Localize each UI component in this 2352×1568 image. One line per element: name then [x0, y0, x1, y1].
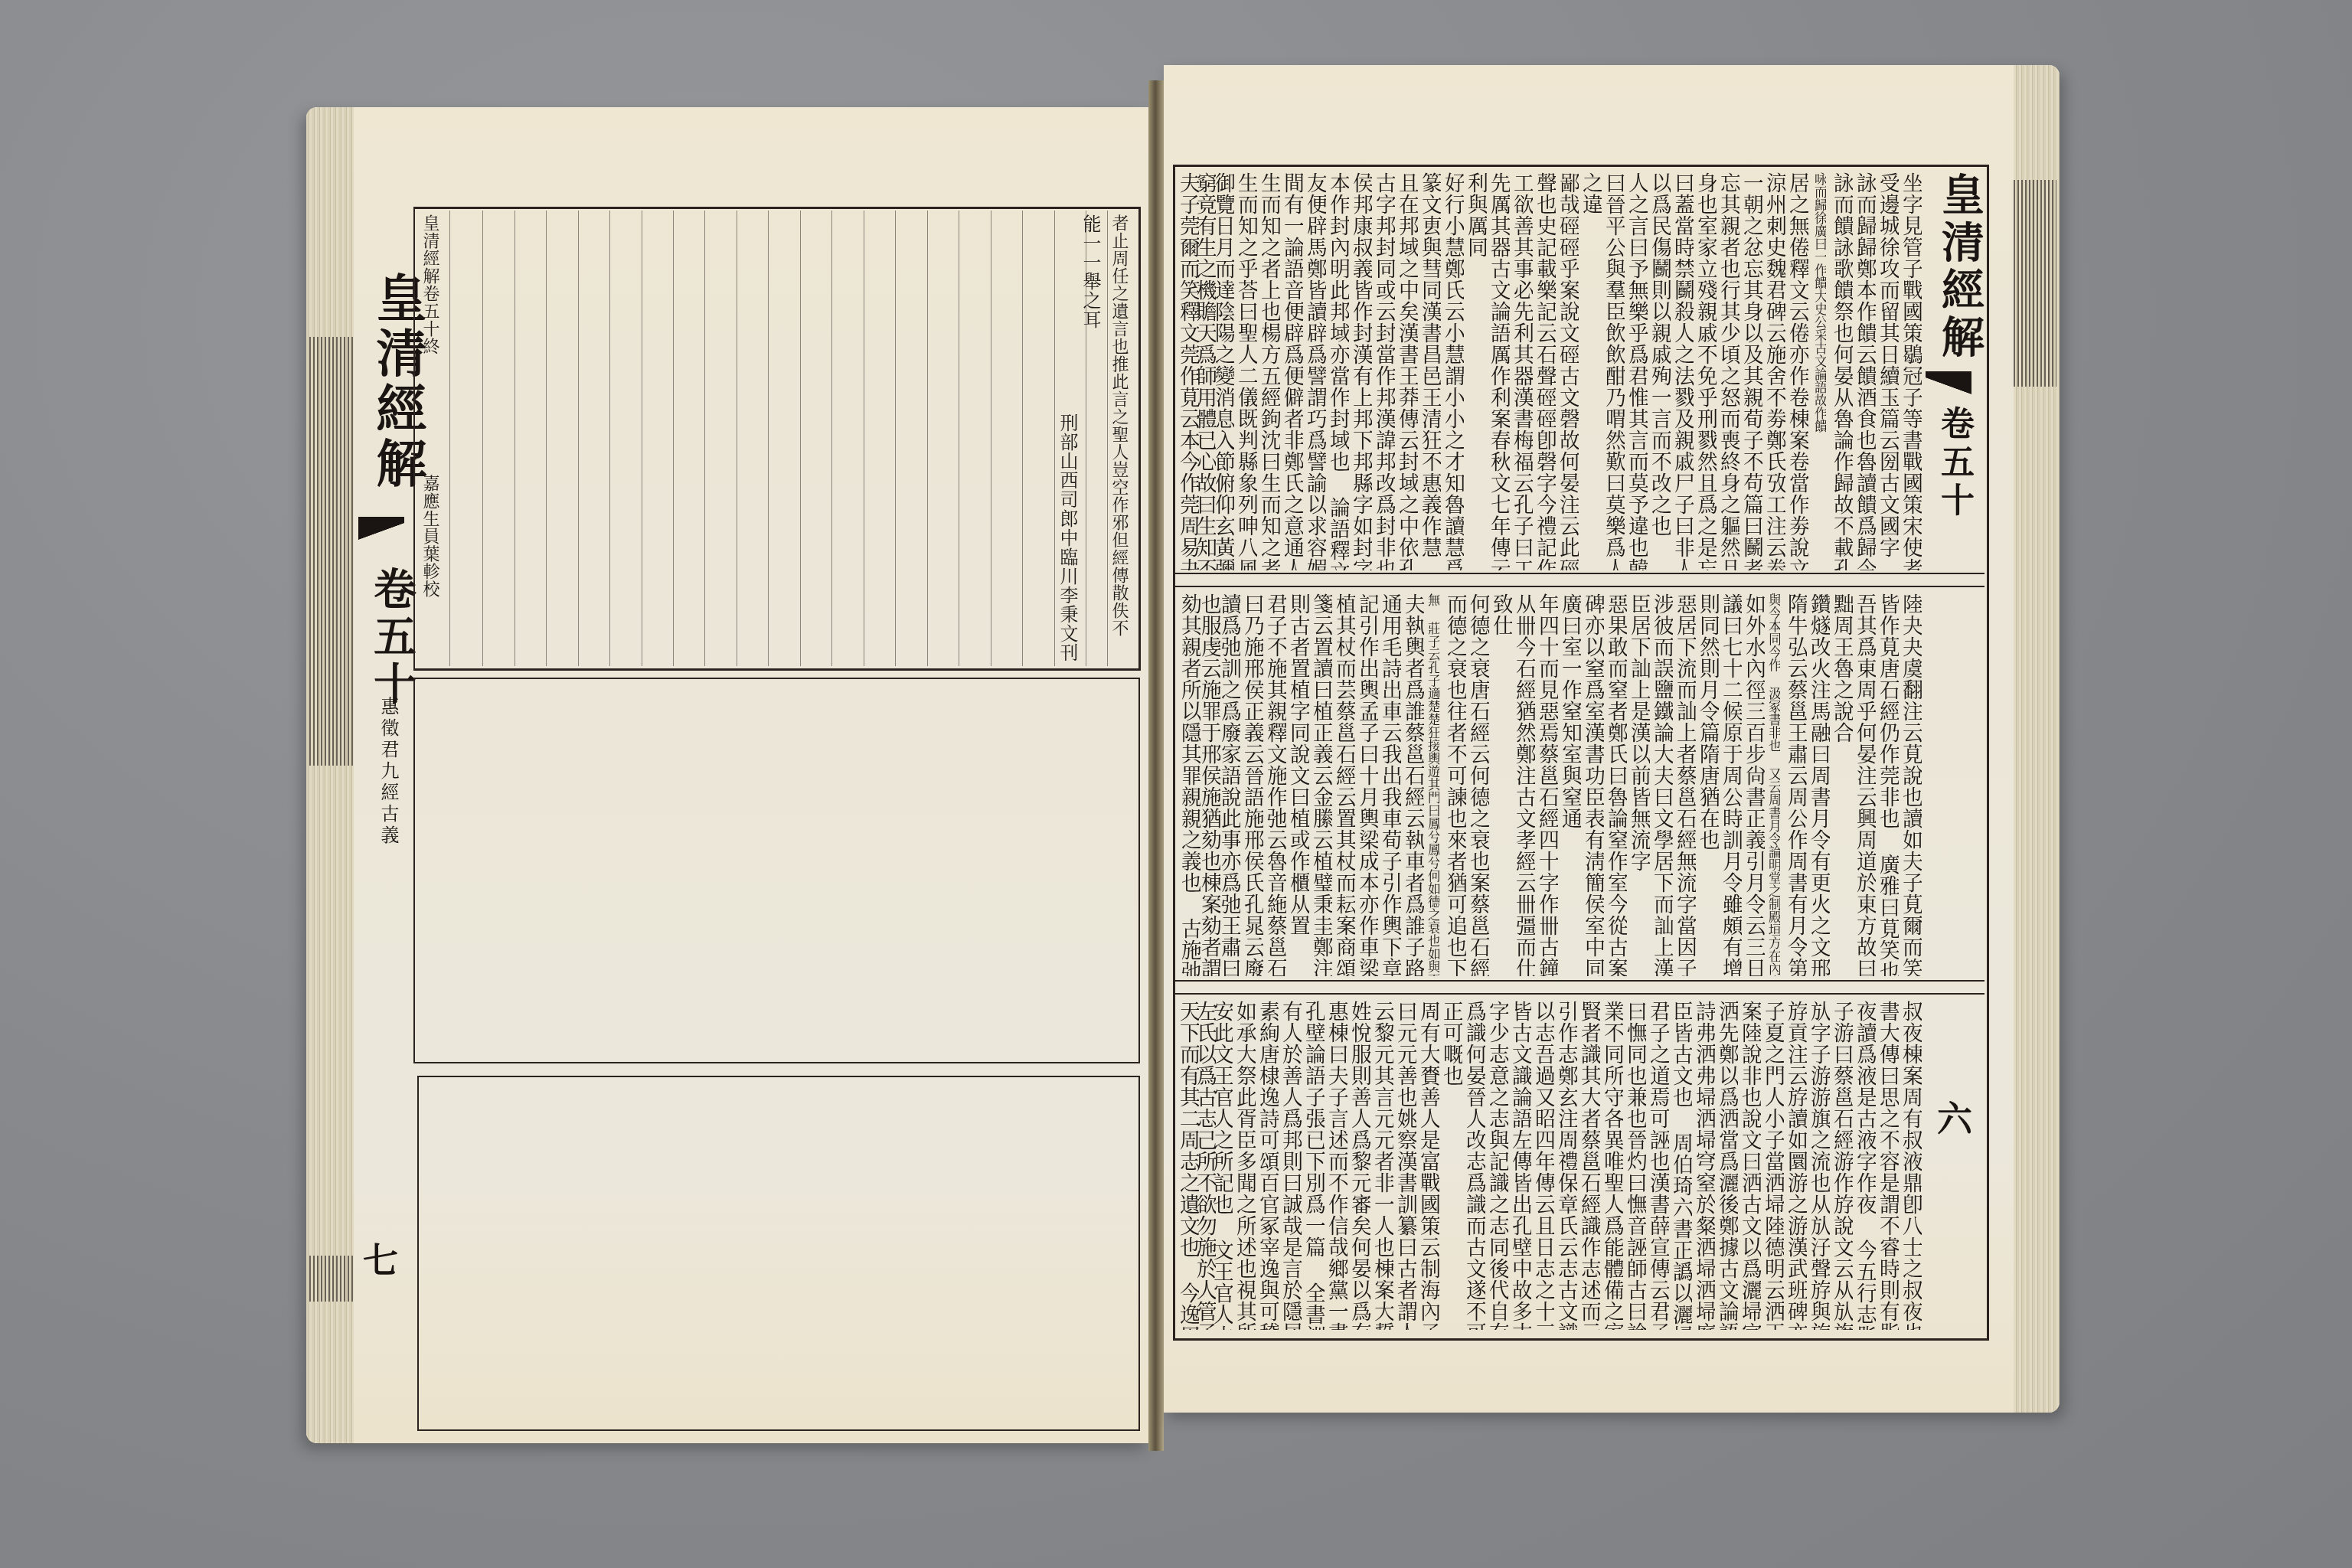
text-column: 涉彼而誤鹽鐵論大夫曰文學居下而訕上漢書朱雲傳云小 [1650, 593, 1673, 976]
text-column: 人之言曰予無樂乎爲君惟其言而莫予違也韓非子外儲說 [1625, 172, 1648, 570]
text-column: 記引作出輿孟子曰十月輿梁成本亦作車梁 [1355, 593, 1378, 976]
text-column: 㫃字子游游旗之流也从㫃汓聲斿與斿通大宰九貢八日 [1807, 1001, 1830, 1330]
text-column: 如承大祭此胥臣多聞之所述也視其所以觀其所由察其所 [1233, 1001, 1256, 1330]
volume-banner: 卷五十 [1929, 406, 1978, 521]
page-number: 六 [1937, 1091, 1972, 1142]
text-column: 涼州刺史魏君碑云施舍不劵鄭氏攷工注云劵今倦字也 [1762, 172, 1785, 570]
text-column: 君子不施其親釋文施作弛云魯音絁蔡邕石經仍作施左傳 [1263, 593, 1286, 976]
edge-ink-bleed [309, 337, 354, 766]
text-column: 夫子莞爾而笑釋文莞作莧云本今作莞周易夬之九五曰莧 [1176, 172, 1199, 570]
closing-text-line-1: 者止周任之遺言也推此言之聖人豈空作邪但經傳散佚不 [1109, 214, 1129, 662]
text-column: 姓悅服則善人爲黎元審矣何晏以爲有亂十人失之 [1347, 1001, 1370, 1330]
text-column: 間有一論語音便辟爲便僻者非鄭氏之意通人所不取矣 [1280, 172, 1303, 570]
text-column: 箋云置讀曰植正義云金縢云植璧秉圭鄭注云植古置字然 [1309, 593, 1332, 976]
text-column: 周有大賚善人是富戰國策云制海內子元元非兵不可高誘 [1416, 1001, 1439, 1330]
section-divider-1 [1173, 573, 1984, 574]
closing-text-line-2: 能一一舉之耳 [1080, 214, 1101, 367]
text-column: 議曰七十二候原于周公時訓月令雖頗有增益然先後之次 [1719, 593, 1742, 976]
text-column: 正可嘅也 [1439, 1001, 1462, 1330]
text-column: 鄙哉硜硜乎案說文硜古文磬故何晏注云此硜硜者謂此磬 [1556, 172, 1579, 570]
text-column: 臣居下訕上是漢以前皆無流字 [1627, 593, 1650, 976]
text-column: 云黎元其言元元者非一人也棟案大誓云大賚于四海而萬 [1370, 1001, 1393, 1330]
text-column: 惠棟曰夫子言述而不作信哉鄉黨一書半是禮經堯曰數章 [1325, 1001, 1347, 1330]
text-column: 則同然則月令篇隋唐猶在也 [1696, 593, 1719, 976]
text-column: 夜讀爲液是古液字作夜 今五行志脂夜字皆作液 [1853, 1001, 1876, 1330]
text-column: 洒先鄭以爲洒當爲灑後鄭據古文論語定爲洒經傳中如毛 [1715, 1001, 1738, 1330]
text-column: 友便辟馬鄭皆讀辟爲譬謂巧爲譬諭以求容媚徐彥曰今世 [1303, 172, 1326, 570]
text-column: 一朝之忿忘其身以及其親荀子不苟篇曰鬭者忘其身者也 [1739, 172, 1762, 570]
text-column: 工欲善其事必先利其器漢書梅福云孔子曰工欲善其事必 [1510, 172, 1533, 570]
text-column: 詩弗洒弗埽洒埽穹窒於粲洒埽洒埽庭內晉語供備洒埽之 [1692, 1001, 1715, 1330]
text-column: 有人於善人爲邦則曰誠哉是言於隱居行義則曰吾聞其語 [1279, 1001, 1302, 1330]
text-column: 好行小慧鄭氏云小慧謂小小之才知魯讀慧爲惠今從古案 [1441, 172, 1464, 570]
edge-ink-bleed [309, 1256, 354, 1302]
text-column: 曰元元善也姚察漢書訓纂曰古者謂人云善人因善爲元故 [1393, 1001, 1416, 1330]
text-column: 惡居下流而訕上者蔡邕石經無流字當因子張篇惡居下流 [1673, 593, 1696, 976]
edge-ink-bleed [2014, 180, 2056, 387]
text-column: 之違 [1579, 172, 1602, 570]
fish-tail-ornament [358, 517, 404, 550]
text-column: 惡果敢而窒者鄭氏曰魯論窒作室今從古案韓勅脩孔廟後 [1604, 593, 1627, 976]
text-column: 受邊城徐攻而留其日續玉篇云圀古文國字 義雲章以圀為國 [1876, 172, 1899, 570]
text-column: 生而知之乎荅曰聖人二儀既判縣象列呻八風有序四氣錯 [1234, 172, 1257, 570]
text-column: 碑亦以窒爲室漢書功臣表有淸簡侯室中同史記作室中徐 [1581, 593, 1604, 976]
text-column-annotation: 咏而歸徐廣曰一作饋大史公采古文論語故作饋 [1811, 172, 1826, 570]
text-column: 臣皆古文也 周伯琦六書正譌以灑埽字俗用洒失之 [1669, 1001, 1692, 1330]
text-column: 生而知之者上也楊方五經鉤沈曰生而知之者上也問曰孰 [1257, 172, 1280, 570]
text-column: 古字邦封同或云封當作邦漢諱邦改爲封非也尙書序邦諸 [1372, 172, 1395, 570]
text-column: 聲也史記載樂記云石聲硜硜卽磬字今禮記作磬 [1533, 172, 1556, 570]
text-column: 孔壁論語子張已下別爲一篇 全書訓典論君臣雖人言不廢言恆德則南國 [1302, 1001, 1325, 1330]
text-column: 侯邦康叔義皆作封漢有上邦下邦縣字如封字下文邦內鄭 [1349, 172, 1372, 570]
text-column: 子夏之門人小子當洒埽陸德明云洒正作灑埽本今作埽撿 [1761, 1001, 1784, 1330]
chapter-subtitle: 惠徵君九經古義 [375, 697, 402, 847]
text-column: 子游曰蔡邕石經游作斿說文云从㫃旗之斿讀若偃古人名 [1830, 1001, 1853, 1330]
text-column: 黜周王魯之說合 [1830, 593, 1853, 976]
text-column: 皆古文識論語左傳皆出孔壁中故多古文賈公彥曰古之文 [1508, 1001, 1531, 1330]
fish-tail-ornament [1926, 371, 1971, 405]
text-column: 叔夜棟案周有叔液鼎卽八士之叔夜也古文液或省作夜尙 [1899, 1001, 1922, 1330]
text-column: 植其杖而芸蔡邕石經云置其杖而耘案商頌那詩置我鞉鼓 [1332, 593, 1355, 976]
text-column: 詠而饋詠歌饋祭也何晏从魯論作歸故不載孔注 史記仲尼弟子傳云 [1830, 172, 1853, 570]
text-column: 从卌今石經猶然鄭注古文孝經云卌彊而仕行步不逮縣車 [1512, 593, 1535, 976]
text-column: 夫執輿者爲誰蔡邕石經云執車者爲誰子路云云案車輿古 [1401, 593, 1424, 976]
text-column: 天下而有其二周志之遺文也 今逸周書卽周志也程典篇陳力就列不能 [1176, 1001, 1199, 1330]
text-column: 字少志意之志與記識之志同後代自有記識之字不復以志 [1485, 1001, 1508, 1330]
text-column: 居之無倦釋文云倦亦作卷棟案卷當作劵說文曰劵勞也漢 [1785, 172, 1808, 570]
printer-credit: 刑部山西司郎中臨川李秉文刊 [1057, 413, 1078, 666]
text-column: 坐字見管子戰國策鶡冠子等書戰國策宋使者曰惡本曾幾請 [1899, 172, 1922, 570]
text-column: 詠而歸歸鄭本作饋云饋酒食也魯讀饋爲歸今从古王充曰 [1853, 172, 1876, 570]
text-column: 忘其親者也行其少頃之怒而喪終身之軀然且爲之是忘其 [1717, 172, 1739, 570]
section-divider-2 [1173, 980, 1984, 982]
text-column: 且在邦域之中矣漢書王莽傳云封域之中依孔注邦當作封 [1395, 172, 1418, 570]
text-column: 引作志鄭玄注周禮保章氏云志古文識春秋僖廿四年傳云 [1554, 1001, 1577, 1330]
text-column: 隋牛弘云蔡邕王肅云周公作周書有月令第五十三卽此也 [1784, 593, 1807, 976]
book-gutter [1148, 80, 1164, 1451]
text-column: 業不同所守各異唯聖人爲能體備之家君曰蘇解得之 [1600, 1001, 1623, 1330]
text-column: 曰晉平公與羣臣飲飲酣乃喟然歎曰莫樂爲人惟其言而莫 [1602, 172, 1625, 570]
right-page: 皇清經解 卷五十 六 坐字見管子戰國策鶡冠子等書戰國策宋使者曰惡本曾幾請 受邊城… [1164, 65, 2060, 1413]
text-frame-upper [413, 207, 1141, 671]
text-frame-middle [413, 678, 1140, 1063]
left-page: 皇清經解 卷五十 惠徵君九經古義 七 [306, 107, 1148, 1443]
text-column: 身也室家立殘親戚不免乎刑戮然且爲之是忘其親也楊倞 [1694, 172, 1717, 570]
text-column: 利與厲同 [1464, 172, 1487, 570]
text-column: 何德之衰唐石經云何德之衰也案蔡邕石經云鳳兮鳳兮何 [1466, 593, 1489, 976]
book-title-banner: 皇清經解 [1929, 172, 1991, 362]
proofreader-credit: 嘉應生員葉軫校 [420, 475, 439, 658]
text-column: 素絢唐棣逸詩可頌百官冢宰逸與可稽出門如見大賓使民 [1256, 1001, 1279, 1330]
text-column: 斿貢注云斿讀如圜游之游漢武班碑亦以斿爲游 [1784, 1001, 1807, 1330]
left-fore-edge [306, 107, 354, 1443]
text-column: 劾其親者所以隱其罪親親之義也 古施弛字通見周禮注 [1178, 593, 1200, 976]
text-column: 以志吾過又昭四年傳云且日志之十三年傳云歲聘以志業 [1531, 1001, 1554, 1330]
text-column: 本作封內明此邦域亦當作封域也 論語釋文云邦或作封 [1326, 172, 1349, 570]
text-column: 陸夬夬虞翻注云莧說也讀如夫子莧爾而笑之莧是漢以來 [1899, 593, 1922, 976]
text-column: 鑽燧改火注馬融曰周書月令有更火之文邢昺曰其辭今亾 [1807, 593, 1830, 976]
end-marker-text: 皇清經解卷五十終 [420, 214, 439, 413]
text-column: 君子之道焉可誣也漢書薛宣傳云君子之道焉可憮也蘇林 [1646, 1001, 1669, 1330]
text-column: 曰乃施邢侯正義云晉語施邢侯氏孔晁云廢其族也則國語 [1240, 593, 1263, 976]
open-book: 皇清經解 卷五十 惠徵君九經古義 七 [306, 65, 2082, 1497]
text-column: 案陸說非也說文曰洒古文以爲灑埽字周禮隸僕掌埽除糞 [1738, 1001, 1761, 1330]
section-divider-1b [1173, 586, 1984, 587]
text-column: 以爲民傷鬭則以親戚殉一言而不改之也 [1648, 172, 1671, 570]
text-column: 賢者識其大者蔡邕石經識作志述而云多見而識之白虎通 [1577, 1001, 1600, 1330]
text-column-annotation: 無 莊子云孔子適楚楚狂接輿遊其門曰鳳兮鳳兮何如德之衰也如與而古字通 [1425, 593, 1439, 976]
section-divider-2b [1173, 993, 1984, 995]
text-column: 讀爲弛訓之爲廢家語說此事亦爲弛王肅曰弛安爲施施行 [1217, 593, 1240, 976]
text-column-annotation: 與今本同今作 汲冢書非也 又云周書月令論明堂之制殿垣方在內水周 [1766, 593, 1780, 976]
text-column: 篆文叀與彗同漢書昌邑王清狂不惠義作慧 [1418, 172, 1441, 570]
text-column: 致仕 [1489, 593, 1512, 976]
text-column: 皆作莧唐石經仍作莞非也 廣雅曰莧笑也疑莧字之誤莧亦訓笑故何晏云莧爾小笑貌 [1876, 593, 1899, 976]
page-number: 七 [363, 1233, 398, 1283]
text-column: 年四十而見惡焉蔡邕石經四十字作卌古鐘鼎文四十字皆 [1535, 593, 1558, 976]
text-column: 如外水內徑三百步尙書正義引月令云三日曰朏唐大衍歷 [1742, 593, 1765, 976]
text-column: 爲識何晏晉人改志爲識而古文遂不可攷後人因循莫能是 [1462, 1001, 1485, 1330]
text-column: 則古者置植字同說文曰植或作櫃从置 [1286, 593, 1309, 976]
text-column: 吾其爲東周乎何晏注云興周道於東方故曰東周此與公羊 [1853, 593, 1876, 976]
text-column: 先厲其器古文論語厲作利案春秋文七年傳云訓卒利兵是 [1487, 172, 1510, 570]
text-column: 而德之衰也往者不可諫也來者猶可追也下二也字唐石經 [1443, 593, 1466, 976]
text-column: 書大傳曰思之不容是謂不睿時則有脂夜之妖鄭康成注云 [1876, 1001, 1899, 1330]
text-column: 曰憮同也兼也晉灼曰憮音誣師古曰論語載子夏之言謂行 [1623, 1001, 1646, 1330]
text-column: 也服虔云施罪于邢侯施猶劾也棟案劾者謂罪法之要辭不 [1197, 593, 1220, 976]
text-column: 通用毛詩出車云我出我車荀子引作輿下章云出車彭彭史 [1378, 593, 1401, 976]
text-frame-lower [417, 1076, 1140, 1431]
text-column: 廣曰室一作窒知室與窒通 [1558, 593, 1581, 976]
text-column: 曰蓋當時禁鬭殺人之法戮及親戚尸子曰非人君之用兵也 [1671, 172, 1694, 570]
